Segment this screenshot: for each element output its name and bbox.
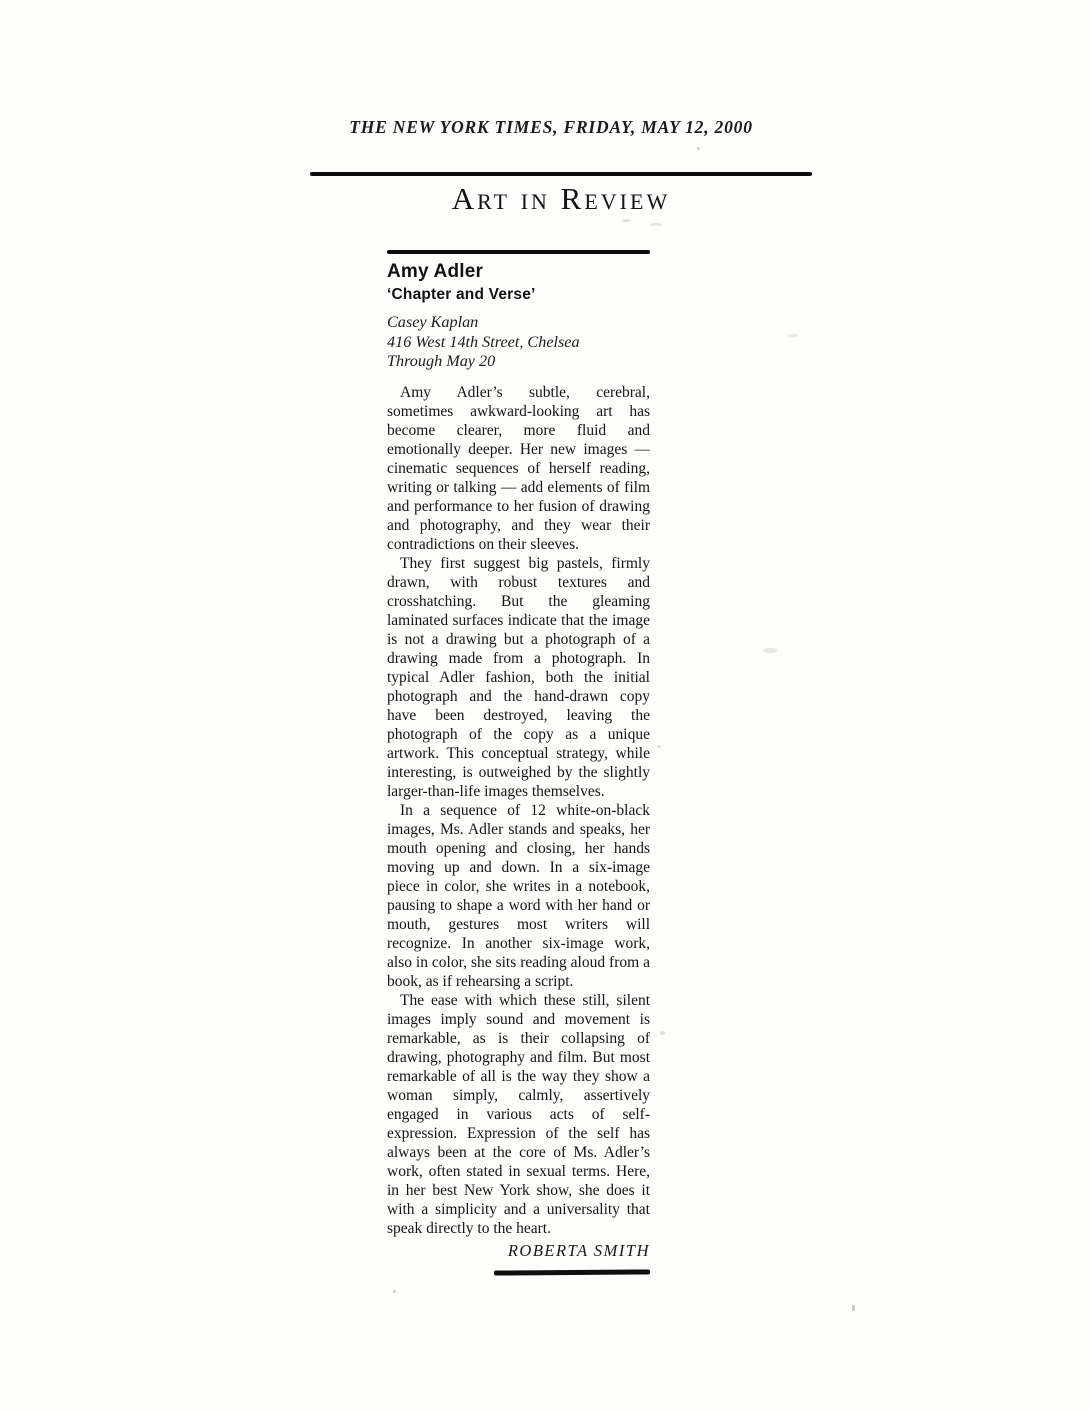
- scan-speck: [660, 1031, 665, 1035]
- exhibition-dates: Through May 20: [387, 352, 650, 372]
- paragraph-3: In a sequence of 12 white-on-black image…: [387, 801, 650, 991]
- byline: ROBERTA SMITH: [387, 1241, 650, 1261]
- newspaper-masthead: THE NEW YORK TIMES, FRIDAY, MAY 12, 2000: [300, 117, 802, 138]
- review-article: Amy Adler ‘Chapter and Verse’ Casey Kapl…: [387, 250, 650, 1275]
- scan-speck: [697, 147, 700, 150]
- scan-speck: [622, 219, 631, 222]
- artist-name: Amy Adler: [387, 261, 650, 283]
- exhibition-title: ‘Chapter and Verse’: [387, 286, 650, 304]
- gallery-address: 416 West 14th Street, Chelsea: [387, 333, 650, 353]
- newspaper-clipping: THE NEW YORK TIMES, FRIDAY, MAY 12, 2000…: [0, 0, 1091, 1411]
- paragraph-2: They first suggest big pastels, firmly d…: [387, 554, 650, 801]
- gallery-name: Casey Kaplan: [387, 313, 650, 333]
- scan-speck: [393, 1290, 396, 1293]
- article-end-rule: [494, 1269, 650, 1275]
- paragraph-4: The ease with which these still, silent …: [387, 991, 650, 1238]
- paragraph-1: Amy Adler’s subtle, cerebral, sometimes …: [387, 383, 650, 554]
- section-title: Art in Review: [310, 181, 812, 217]
- scan-speck: [650, 223, 662, 226]
- article-body: Amy Adler’s subtle, cerebral, sometimes …: [387, 383, 650, 1238]
- scan-speck: [788, 334, 798, 337]
- venue-details: Casey Kaplan 416 West 14th Street, Chels…: [387, 313, 650, 372]
- scan-speck: [763, 648, 777, 653]
- scan-speck: [852, 1305, 855, 1311]
- scan-speck: [657, 745, 661, 748]
- article-top-rule: [387, 250, 650, 254]
- section-divider-rule: [310, 172, 812, 176]
